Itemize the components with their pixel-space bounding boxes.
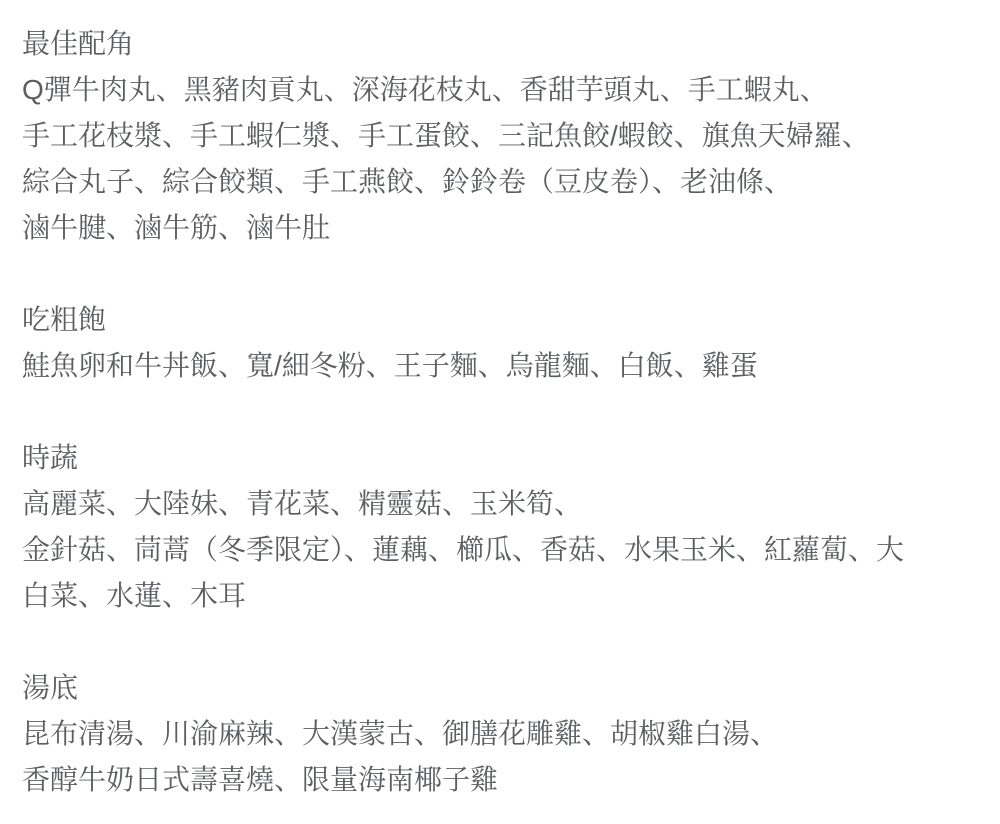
menu-section: 湯底昆布清湯、川渝麻辣、大漢蒙古、御膳花雕雞、胡椒雞白湯、香醇牛奶日式壽喜燒、限… <box>22 665 976 803</box>
section-title: 時蔬 <box>22 435 976 481</box>
menu-line: 手工花枝漿、手工蝦仁漿、手工蛋餃、三記魚餃/蝦餃、旗魚天婦羅、 <box>22 113 976 159</box>
section-title: 吃粗飽 <box>22 297 976 343</box>
menu-line: 香醇牛奶日式壽喜燒、限量海南椰子雞 <box>22 757 976 803</box>
menu-section: 最佳配角Q彈牛肉丸、黑豬肉貢丸、深海花枝丸、香甜芋頭丸、手工蝦丸、手工花枝漿、手… <box>22 21 976 251</box>
menu-line: 高麗菜、大陸妹、青花菜、精靈菇、玉米筍、 <box>22 481 976 527</box>
menu-line: 鮭魚卵和牛丼飯、寬/細冬粉、王子麵、烏龍麵、白飯、雞蛋 <box>22 343 976 389</box>
menu-line: 滷牛腱、滷牛筋、滷牛肚 <box>22 205 976 251</box>
menu-line: 綜合丸子、綜合餃類、手工燕餃、鈴鈴卷（豆皮卷）、老油條、 <box>22 159 976 205</box>
section-title: 湯底 <box>22 665 976 711</box>
menu-line: 金針菇、茼蒿（冬季限定）、蓮藕、櫛瓜、香菇、水果玉米、紅蘿蔔、大 <box>22 527 976 573</box>
menu-section: 吃粗飽鮭魚卵和牛丼飯、寬/細冬粉、王子麵、烏龍麵、白飯、雞蛋 <box>22 297 976 389</box>
menu-document: 最佳配角Q彈牛肉丸、黑豬肉貢丸、深海花枝丸、香甜芋頭丸、手工蝦丸、手工花枝漿、手… <box>0 0 1000 803</box>
menu-section: 時蔬高麗菜、大陸妹、青花菜、精靈菇、玉米筍、金針菇、茼蒿（冬季限定）、蓮藕、櫛瓜… <box>22 435 976 619</box>
menu-line: 昆布清湯、川渝麻辣、大漢蒙古、御膳花雕雞、胡椒雞白湯、 <box>22 711 976 757</box>
menu-line: 白菜、水蓮、木耳 <box>22 573 976 619</box>
menu-line: Q彈牛肉丸、黑豬肉貢丸、深海花枝丸、香甜芋頭丸、手工蝦丸、 <box>22 67 976 113</box>
section-title: 最佳配角 <box>22 21 976 67</box>
